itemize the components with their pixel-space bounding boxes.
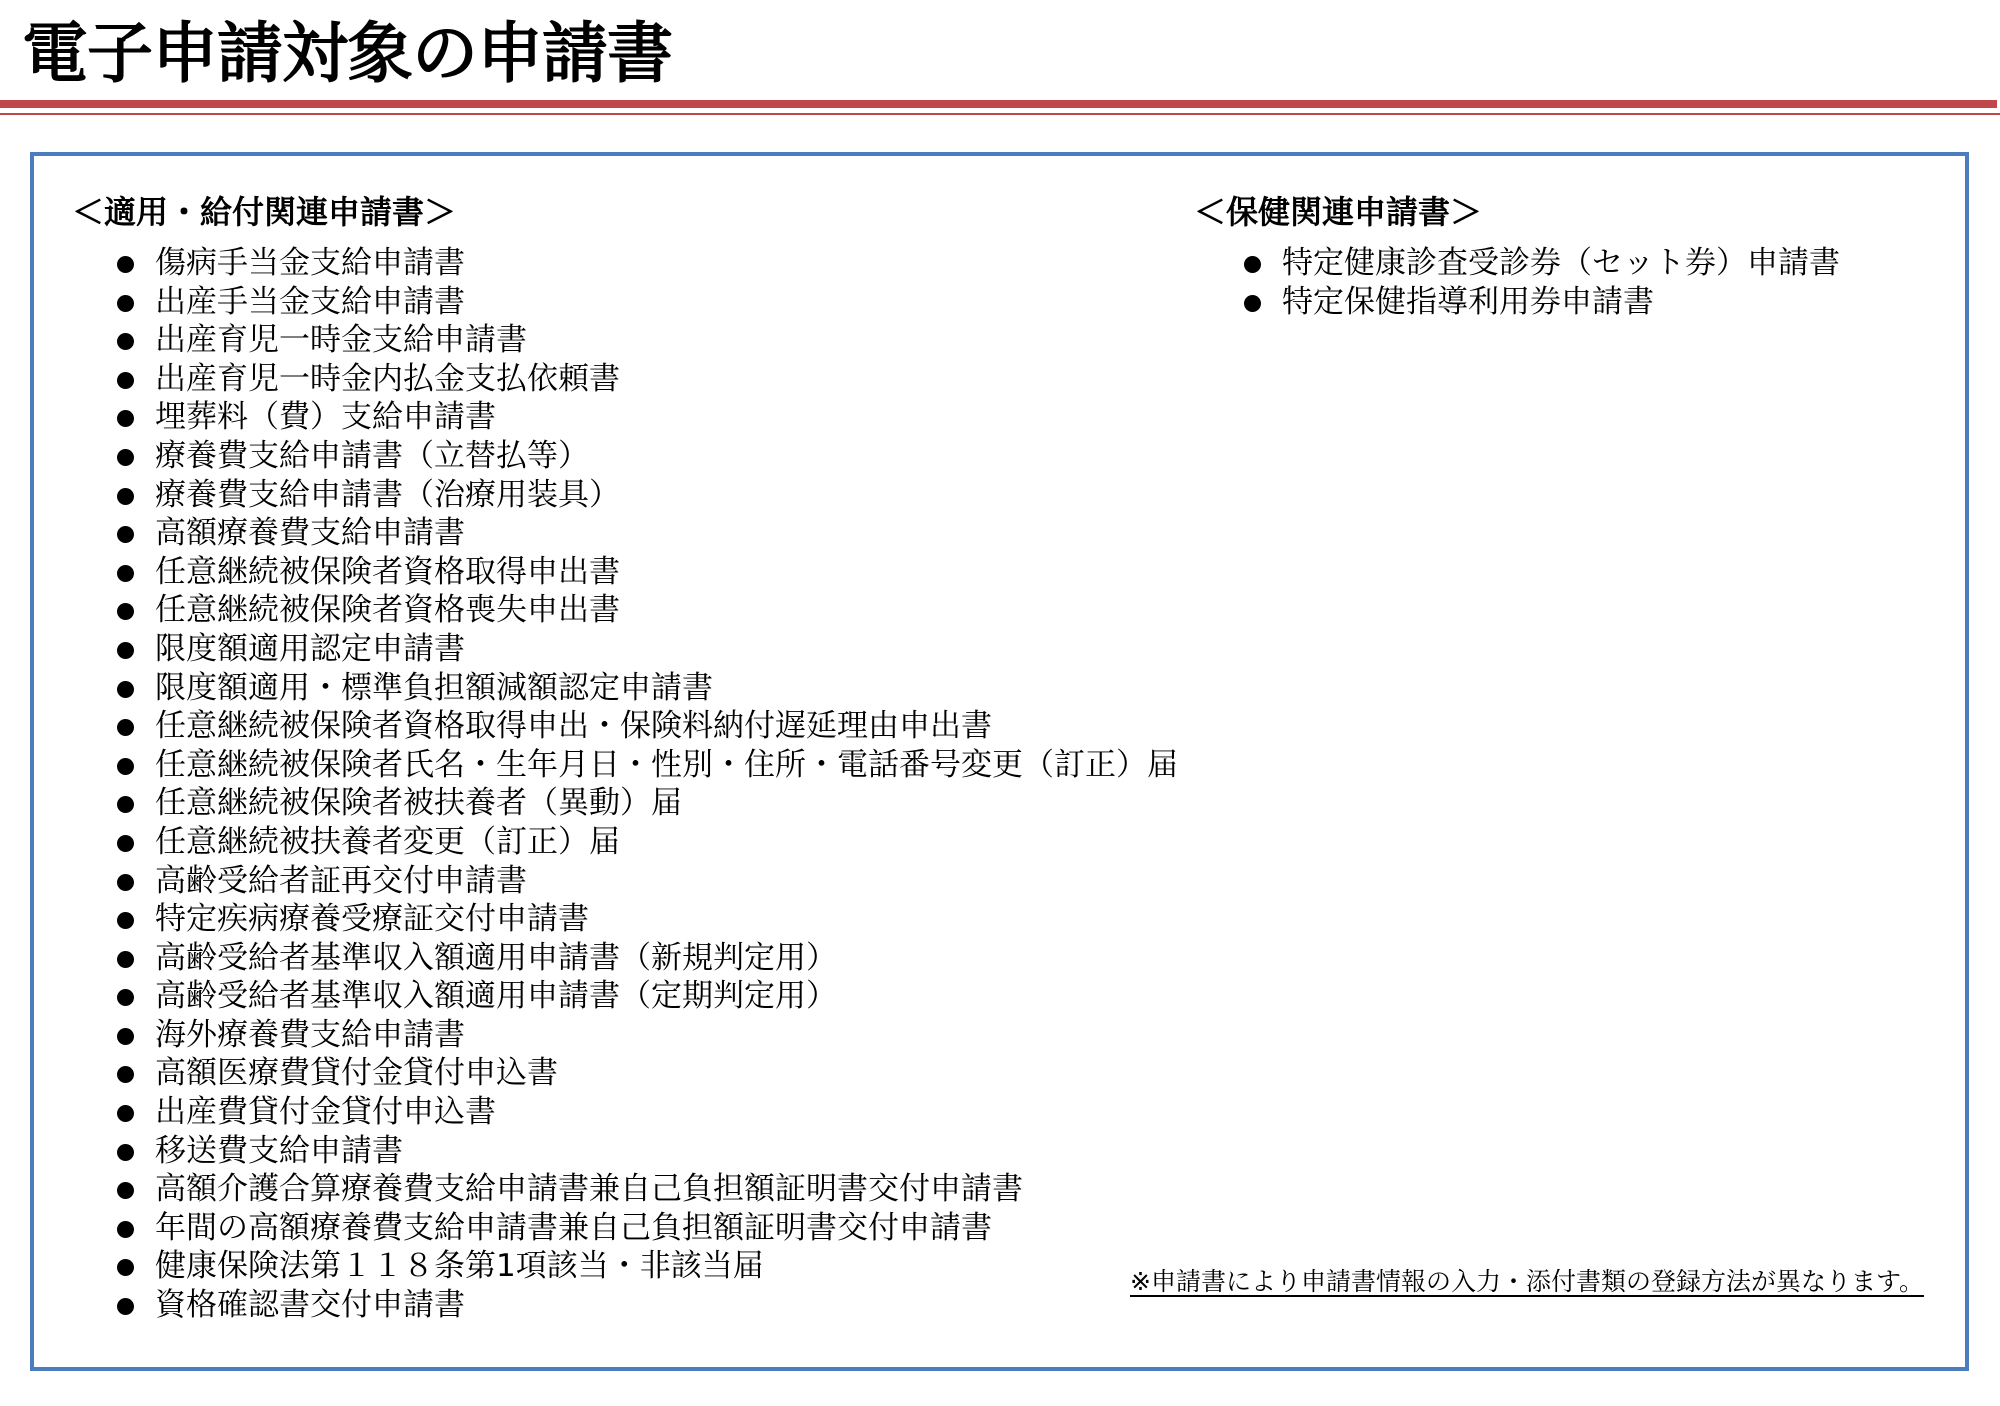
list-item-label: 健康保険法第１１８条第1項該当・非該当届 [155, 1248, 764, 1284]
list-item-label: 高額療養費支給申請書 [155, 515, 465, 551]
list-item-label: 任意継続被保険者資格取得申出書 [155, 554, 620, 590]
health-list: 特定健康診査受診券（セット券）申請書 特定保健指導利用券申請書 [1244, 244, 1840, 321]
bullet-dot-icon [117, 1105, 134, 1122]
list-item: 健康保険法第１１８条第1項該当・非該当届 [117, 1247, 1178, 1286]
list-item: 高額医療費貸付金貸付申込書 [117, 1054, 1178, 1093]
list-item: 出産費貸付金貸付申込書 [117, 1093, 1178, 1132]
list-item: 資格確認書交付申請書 [117, 1286, 1178, 1325]
bullet-dot-icon [117, 1144, 134, 1161]
list-item: 高齢受給者基準収入額適用申請書（定期判定用） [117, 977, 1178, 1016]
bullet-dot-icon [117, 488, 134, 505]
list-item-label: 特定健康診査受診券（セット券）申請書 [1282, 245, 1840, 281]
list-item: 療養費支給申請書（治療用装具） [117, 476, 1178, 515]
list-item-label: 任意継続被保険者資格喪失申出書 [155, 592, 620, 628]
bullet-dot-icon [1244, 295, 1261, 312]
list-item-label: 年間の高額療養費支給申請書兼自己負担額証明書交付申請書 [155, 1210, 992, 1246]
bullet-dot-icon [117, 449, 134, 466]
page-title: 電子申請対象の申請書 [22, 14, 672, 94]
list-item-label: 傷病手当金支給申請書 [155, 245, 465, 281]
section-heading: ＜保健関連申請書＞ [1194, 192, 1840, 232]
list-item: 療養費支給申請書（立替払等） [117, 437, 1178, 476]
list-item-label: 高齢受給者基準収入額適用申請書（新規判定用） [155, 940, 837, 976]
list-item: 任意継続被保険者氏名・生年月日・性別・住所・電話番号変更（訂正）届 [117, 746, 1178, 785]
bullet-dot-icon [117, 835, 134, 852]
list-item: 任意継続被保険者被扶養者（異動）届 [117, 784, 1178, 823]
list-item: 任意継続被保険者資格喪失申出書 [117, 591, 1178, 630]
list-item-label: 出産育児一時金内払金支払依頼書 [155, 361, 620, 397]
bullet-dot-icon [117, 410, 134, 427]
list-item: 出産育児一時金内払金支払依頼書 [117, 360, 1178, 399]
footnote: ※申請書により申請書情報の入力・添付書類の登録方法が異なります。 [1130, 1266, 1924, 1298]
bullet-dot-icon [117, 912, 134, 929]
bullet-dot-icon [117, 526, 134, 543]
list-item-label: 限度額適用認定申請書 [155, 631, 465, 667]
title-rule-thick [0, 100, 1997, 108]
list-item: 高齢受給者証再交付申請書 [117, 862, 1178, 901]
list-item: 年間の高額療養費支給申請書兼自己負担額証明書交付申請書 [117, 1209, 1178, 1248]
list-item: 海外療養費支給申請書 [117, 1016, 1178, 1055]
list-item-label: 任意継続被保険者資格取得申出・保険料納付遅延理由申出書 [155, 708, 992, 744]
section-heading: ＜適用・給付関連申請書＞ [72, 192, 1178, 232]
list-item-label: 限度額適用・標準負担額減額認定申請書 [155, 670, 713, 706]
bullet-dot-icon [117, 372, 134, 389]
bullet-dot-icon [117, 681, 134, 698]
title-rule-thin [0, 113, 2000, 115]
list-item: 高額療養費支給申請書 [117, 514, 1178, 553]
list-item-label: 療養費支給申請書（立替払等） [155, 438, 589, 474]
list-item-label: 任意継続被保険者被扶養者（異動）届 [155, 785, 682, 821]
application-benefits-list: 傷病手当金支給申請書 出産手当金支給申請書 出産育児一時金支給申請書 出産育児一… [117, 244, 1178, 1325]
bullet-dot-icon [117, 256, 134, 273]
list-item: 限度額適用・標準負担額減額認定申請書 [117, 669, 1178, 708]
list-item-label: 特定保健指導利用券申請書 [1282, 284, 1654, 320]
bullet-dot-icon [117, 951, 134, 968]
bullet-dot-icon [117, 1221, 134, 1238]
list-item: 特定健康診査受診券（セット券）申請書 [1244, 244, 1840, 283]
list-item-label: 任意継続被扶養者変更（訂正）届 [155, 824, 620, 860]
list-item: 移送費支給申請書 [117, 1132, 1178, 1171]
list-item: 特定保健指導利用券申請書 [1244, 283, 1840, 322]
bullet-dot-icon [117, 758, 134, 775]
section-application-benefits: ＜適用・給付関連申請書＞ 傷病手当金支給申請書 出産手当金支給申請書 出産育児一… [72, 192, 1178, 1325]
list-item-label: 高額介護合算療養費支給申請書兼自己負担額証明書交付申請書 [155, 1171, 1023, 1207]
list-item: 埋葬料（費）支給申請書 [117, 398, 1178, 437]
list-item-label: 出産費貸付金貸付申込書 [155, 1094, 496, 1130]
list-item-label: 資格確認書交付申請書 [155, 1287, 465, 1323]
list-item-label: 療養費支給申請書（治療用装具） [155, 477, 620, 513]
section-health: ＜保健関連申請書＞ 特定健康診査受診券（セット券）申請書 特定保健指導利用券申請… [1194, 192, 1840, 321]
list-item: 限度額適用認定申請書 [117, 630, 1178, 669]
content-box: ＜適用・給付関連申請書＞ 傷病手当金支給申請書 出産手当金支給申請書 出産育児一… [30, 152, 1969, 1371]
list-item-label: 移送費支給申請書 [155, 1133, 403, 1169]
bullet-dot-icon [117, 719, 134, 736]
bullet-dot-icon [117, 295, 134, 312]
list-item: 任意継続被保険者資格取得申出・保険料納付遅延理由申出書 [117, 707, 1178, 746]
bullet-dot-icon [117, 1298, 134, 1315]
list-item: 高額介護合算療養費支給申請書兼自己負担額証明書交付申請書 [117, 1170, 1178, 1209]
bullet-dot-icon [117, 333, 134, 350]
list-item: 傷病手当金支給申請書 [117, 244, 1178, 283]
list-item: 出産手当金支給申請書 [117, 283, 1178, 322]
list-item-label: 高額医療費貸付金貸付申込書 [155, 1055, 558, 1091]
list-item-label: 海外療養費支給申請書 [155, 1017, 465, 1053]
list-item: 特定疾病療養受療証交付申請書 [117, 900, 1178, 939]
list-item-label: 出産育児一時金支給申請書 [155, 322, 527, 358]
list-item-label: 高齢受給者証再交付申請書 [155, 863, 527, 899]
bullet-dot-icon [117, 1028, 134, 1045]
list-item: 任意継続被扶養者変更（訂正）届 [117, 823, 1178, 862]
bullet-dot-icon [1244, 256, 1261, 273]
bullet-dot-icon [117, 1066, 134, 1083]
list-item: 出産育児一時金支給申請書 [117, 321, 1178, 360]
bullet-dot-icon [117, 565, 134, 582]
list-item-label: 任意継続被保険者氏名・生年月日・性別・住所・電話番号変更（訂正）届 [155, 747, 1178, 783]
list-item-label: 出産手当金支給申請書 [155, 284, 465, 320]
bullet-dot-icon [117, 1182, 134, 1199]
bullet-dot-icon [117, 1259, 134, 1276]
bullet-dot-icon [117, 874, 134, 891]
list-item: 高齢受給者基準収入額適用申請書（新規判定用） [117, 939, 1178, 978]
bullet-dot-icon [117, 642, 134, 659]
list-item: 任意継続被保険者資格取得申出書 [117, 553, 1178, 592]
bullet-dot-icon [117, 989, 134, 1006]
bullet-dot-icon [117, 603, 134, 620]
list-item-label: 埋葬料（費）支給申請書 [155, 399, 496, 435]
bullet-dot-icon [117, 796, 134, 813]
list-item-label: 高齢受給者基準収入額適用申請書（定期判定用） [155, 978, 837, 1014]
list-item-label: 特定疾病療養受療証交付申請書 [155, 901, 589, 937]
